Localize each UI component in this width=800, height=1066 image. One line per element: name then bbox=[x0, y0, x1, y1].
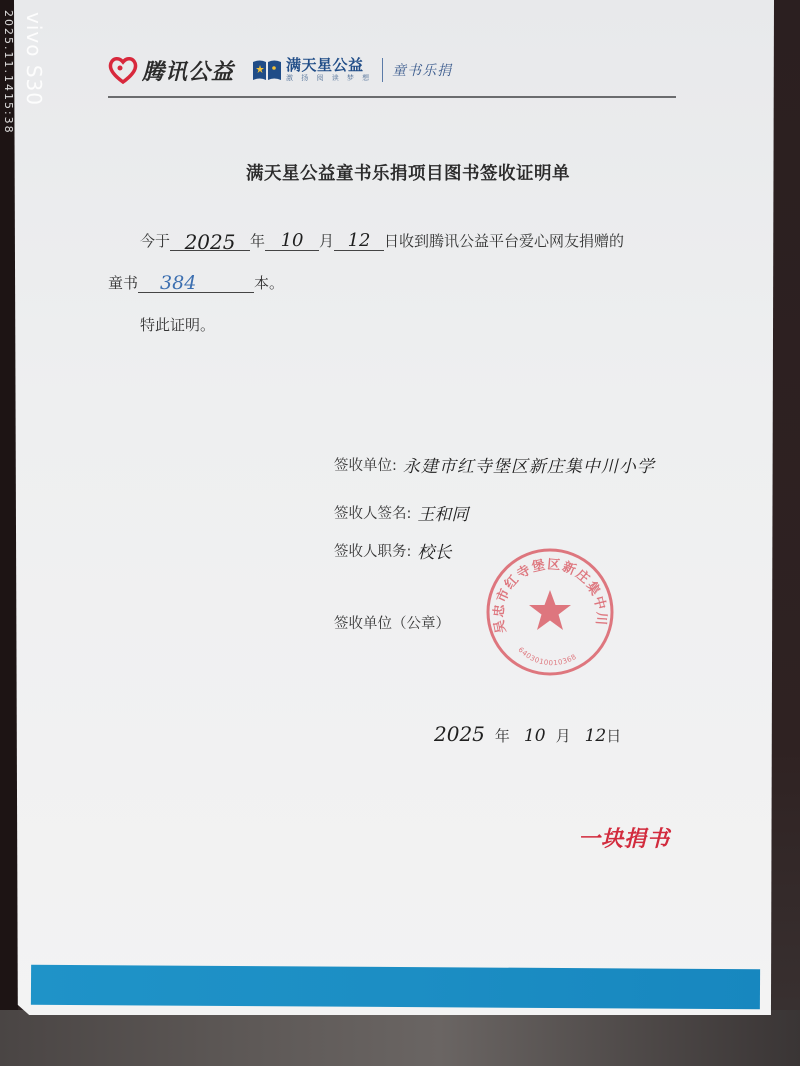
receipt-day-field: 12 bbox=[334, 230, 384, 251]
signoff-date-line: 2025 年 10 月 12 日 bbox=[434, 722, 621, 746]
receipt-month-label: 月 bbox=[319, 230, 334, 251]
signoff-signer-value: 王和同 bbox=[417, 500, 468, 525]
header-logos: 腾讯公益 满天星公益 激 扬 阅 读 梦 想 童书乐捐 bbox=[108, 52, 452, 88]
signoff-year-value: 2025 bbox=[434, 722, 485, 746]
books-count-field: 384 bbox=[138, 272, 254, 293]
signoff-year-label: 年 bbox=[495, 725, 510, 746]
tencent-charity-logo: 腾讯公益 bbox=[108, 55, 234, 86]
book-donation-logo: 童书乐捐 bbox=[392, 60, 452, 80]
signoff-month-value: 10 bbox=[524, 726, 546, 746]
camera-timestamp: 2025.11.1415:38 bbox=[2, 10, 15, 135]
document-title: 满天星公益童书乐捐项目图书签收证明单 bbox=[0, 160, 800, 185]
signoff-month-label: 月 bbox=[556, 725, 571, 746]
receipt-date-line: 今于 2025 年 10 月 12 日收到腾讯公益平台爱心网友捐赠的 bbox=[140, 230, 624, 251]
signoff-day-value: 12 bbox=[585, 726, 607, 746]
receipt-day-label: 日收到腾讯公益平台爱心网友捐赠的 bbox=[384, 230, 624, 251]
heart-logo-icon bbox=[108, 56, 138, 84]
seal-star-icon bbox=[529, 590, 571, 630]
receipt-month-field: 10 bbox=[265, 230, 319, 251]
books-suffix: 本。 bbox=[254, 272, 284, 293]
header-divider bbox=[108, 96, 676, 98]
seal-code: 6403010010368 bbox=[516, 646, 578, 667]
signoff-seal-row: 签收单位（公章） bbox=[334, 612, 450, 633]
official-seal-stamp: 吴忠市红寺堡区新庄集中川小学 6403010010368 bbox=[484, 546, 616, 678]
signoff-seal-label: 签收单位（公章） bbox=[334, 612, 450, 633]
logo-divider bbox=[382, 58, 383, 82]
books-label: 童书 bbox=[108, 272, 138, 293]
mantianxing-name: 满天星公益 bbox=[286, 58, 372, 73]
receipt-year-label: 年 bbox=[250, 230, 265, 251]
certify-line: 特此证明。 bbox=[140, 314, 215, 335]
signoff-unit-row: 签收单位: 永建市红寺堡区新庄集中川小学 bbox=[334, 452, 655, 477]
background-floor bbox=[0, 1010, 800, 1066]
mantianxing-logo: 满天星公益 激 扬 阅 读 梦 想 童书乐捐 bbox=[252, 58, 452, 82]
signoff-day-label: 日 bbox=[606, 725, 621, 746]
signoff-signer-label: 签收人签名: bbox=[334, 502, 411, 523]
open-book-logo-icon bbox=[252, 59, 282, 81]
signoff-signer-row: 签收人签名: 王和同 bbox=[334, 500, 468, 525]
signoff-unit-label: 签收单位: bbox=[334, 454, 397, 475]
footer-color-bar bbox=[31, 965, 760, 1009]
mantianxing-tagline: 激 扬 阅 读 梦 想 bbox=[286, 75, 372, 82]
brand-tag: 一块捐书 bbox=[578, 822, 670, 853]
signoff-unit-value: 永建市红寺堡区新庄集中川小学 bbox=[403, 452, 655, 477]
signoff-position-label: 签收人职务: bbox=[334, 540, 411, 561]
signoff-position-row: 签收人职务: 校长 bbox=[334, 538, 451, 563]
camera-watermark: vivo S30 bbox=[22, 12, 46, 106]
receipt-year-field: 2025 bbox=[170, 230, 250, 251]
signoff-position-value: 校长 bbox=[417, 538, 451, 563]
svg-text:6403010010368: 6403010010368 bbox=[516, 646, 578, 667]
receipt-books-line: 童书 384 本。 bbox=[108, 272, 284, 293]
tencent-charity-name: 腾讯公益 bbox=[142, 55, 234, 86]
receipt-prefix: 今于 bbox=[140, 230, 170, 251]
